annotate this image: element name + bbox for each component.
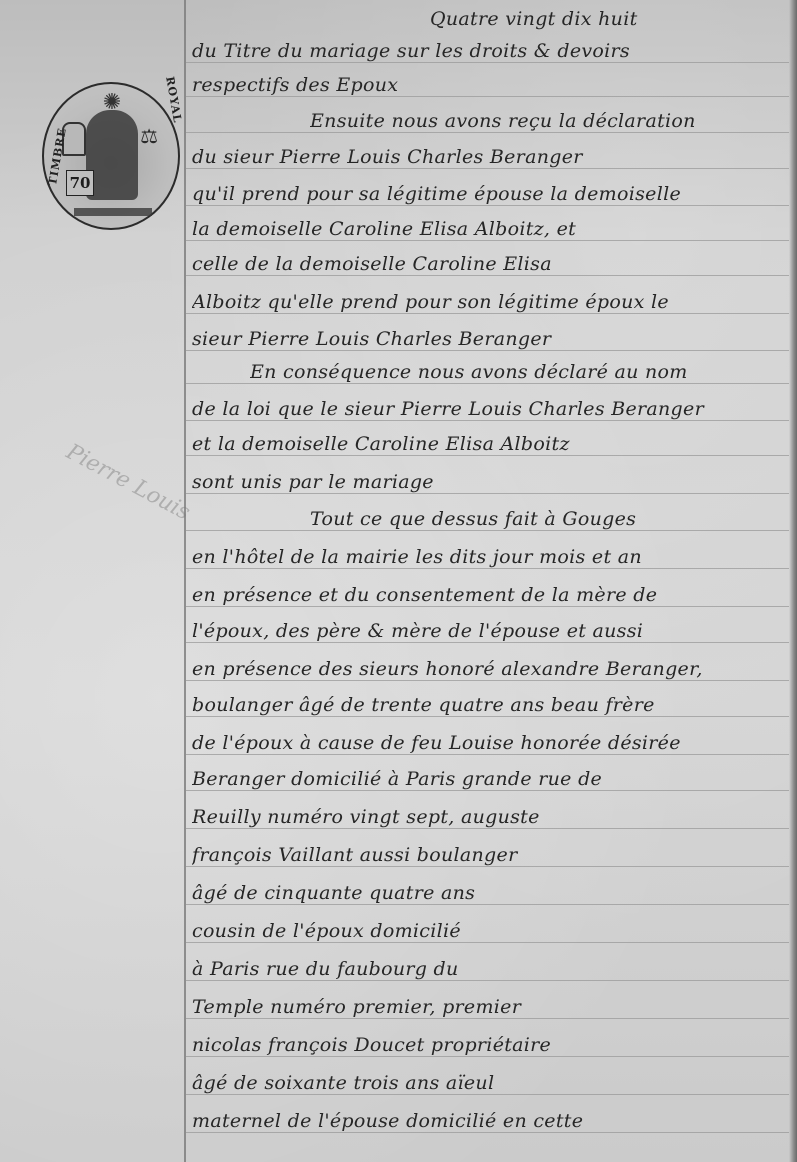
text-line: maternel de l'épouse domicilié en cette	[192, 1110, 787, 1132]
ruled-line	[186, 828, 789, 829]
text-line: françois Vaillant aussi boulanger	[192, 844, 787, 866]
ruled-line	[186, 313, 789, 314]
text-line: Reuilly numéro vingt sept, auguste	[192, 806, 787, 828]
ruled-line	[186, 275, 789, 276]
ruled-line	[186, 530, 789, 531]
ruled-line	[186, 568, 789, 569]
text-line: En conséquence nous avons déclaré au nom	[250, 361, 787, 383]
text-line: en l'hôtel de la mairie les dits jour mo…	[192, 546, 787, 568]
text-line: en présence et du consentement de la mèr…	[192, 584, 787, 606]
ruled-line	[186, 493, 789, 494]
ruled-line	[186, 1056, 789, 1057]
ruled-line	[186, 980, 789, 981]
stamp-label-right: ROYAL	[163, 76, 184, 125]
text-line: Beranger domicilié à Paris grande rue de	[192, 768, 787, 790]
text-line: de l'époux à cause de feu Louise honorée…	[192, 732, 787, 754]
text-line: à Paris rue du faubourg du	[192, 958, 787, 980]
bleed-through-text: Pierre Louis	[62, 439, 194, 525]
ruled-line	[186, 383, 789, 384]
stamp-base	[74, 208, 152, 216]
ruled-line	[186, 790, 789, 791]
text-line: qu'il prend pour sa légitime épouse la d…	[192, 183, 787, 205]
ruled-line	[186, 132, 789, 133]
timbre-royal-stamp: ✺ ⚖ 70 TIMBRE ROYAL	[42, 82, 180, 230]
margin-rule	[184, 0, 186, 1162]
document-page: Pierre Louis ✺ ⚖ 70 TIMBRE ROYAL Quatre …	[0, 0, 797, 1162]
text-line: du Titre du mariage sur les droits & dev…	[192, 40, 787, 62]
text-line: celle de la demoiselle Caroline Elisa	[192, 253, 787, 275]
ruled-line	[186, 642, 789, 643]
ruled-line	[186, 942, 789, 943]
ruled-line	[186, 96, 789, 97]
text-line: l'époux, des père & mère de l'épouse et …	[192, 620, 787, 642]
text-line: boulanger âgé de trente quatre ans beau …	[192, 694, 787, 716]
text-line: Ensuite nous avons reçu la déclaration	[310, 110, 787, 132]
text-line: âgé de cinquante quatre ans	[192, 882, 787, 904]
text-line: cousin de l'époux domicilié	[192, 920, 787, 942]
ruled-line	[186, 1094, 789, 1095]
text-line: Tout ce que dessus fait à Gouges	[310, 508, 787, 530]
text-line: sieur Pierre Louis Charles Beranger	[192, 328, 787, 350]
text-line: âgé de soixante trois ans aïeul	[192, 1072, 787, 1094]
ruled-line	[186, 866, 789, 867]
text-line: nicolas françois Doucet propriétaire	[192, 1034, 787, 1056]
ruled-line	[186, 420, 789, 421]
folio-number: Quatre vingt dix huit	[430, 8, 787, 30]
stamp-value: 70	[66, 170, 94, 196]
ruled-line	[186, 606, 789, 607]
text-line: en présence des sieurs honoré alexandre …	[192, 658, 787, 680]
ruled-line	[186, 350, 789, 351]
text-line: Alboitz qu'elle prend pour son légitime …	[192, 291, 787, 313]
ruled-line	[186, 240, 789, 241]
ruled-line	[186, 904, 789, 905]
ruled-line	[186, 754, 789, 755]
page-edge-shadow	[789, 0, 797, 1162]
text-line: du sieur Pierre Louis Charles Beranger	[192, 146, 787, 168]
ruled-line	[186, 205, 789, 206]
scales-of-justice-icon: ⚖	[140, 124, 158, 148]
text-line: respectifs des Epoux	[192, 74, 787, 96]
ruled-line	[186, 1018, 789, 1019]
ruled-line	[186, 168, 789, 169]
ruled-line	[186, 455, 789, 456]
ruled-line	[186, 716, 789, 717]
text-line: la demoiselle Caroline Elisa Alboitz, et	[192, 218, 787, 240]
ruled-line	[186, 680, 789, 681]
text-line: Temple numéro premier, premier	[192, 996, 787, 1018]
ruled-line	[186, 62, 789, 63]
ruled-line	[186, 1132, 789, 1133]
text-line: de la loi que le sieur Pierre Louis Char…	[192, 398, 787, 420]
text-line: sont unis par le mariage	[192, 471, 787, 493]
text-line: et la demoiselle Caroline Elisa Alboitz	[192, 433, 787, 455]
